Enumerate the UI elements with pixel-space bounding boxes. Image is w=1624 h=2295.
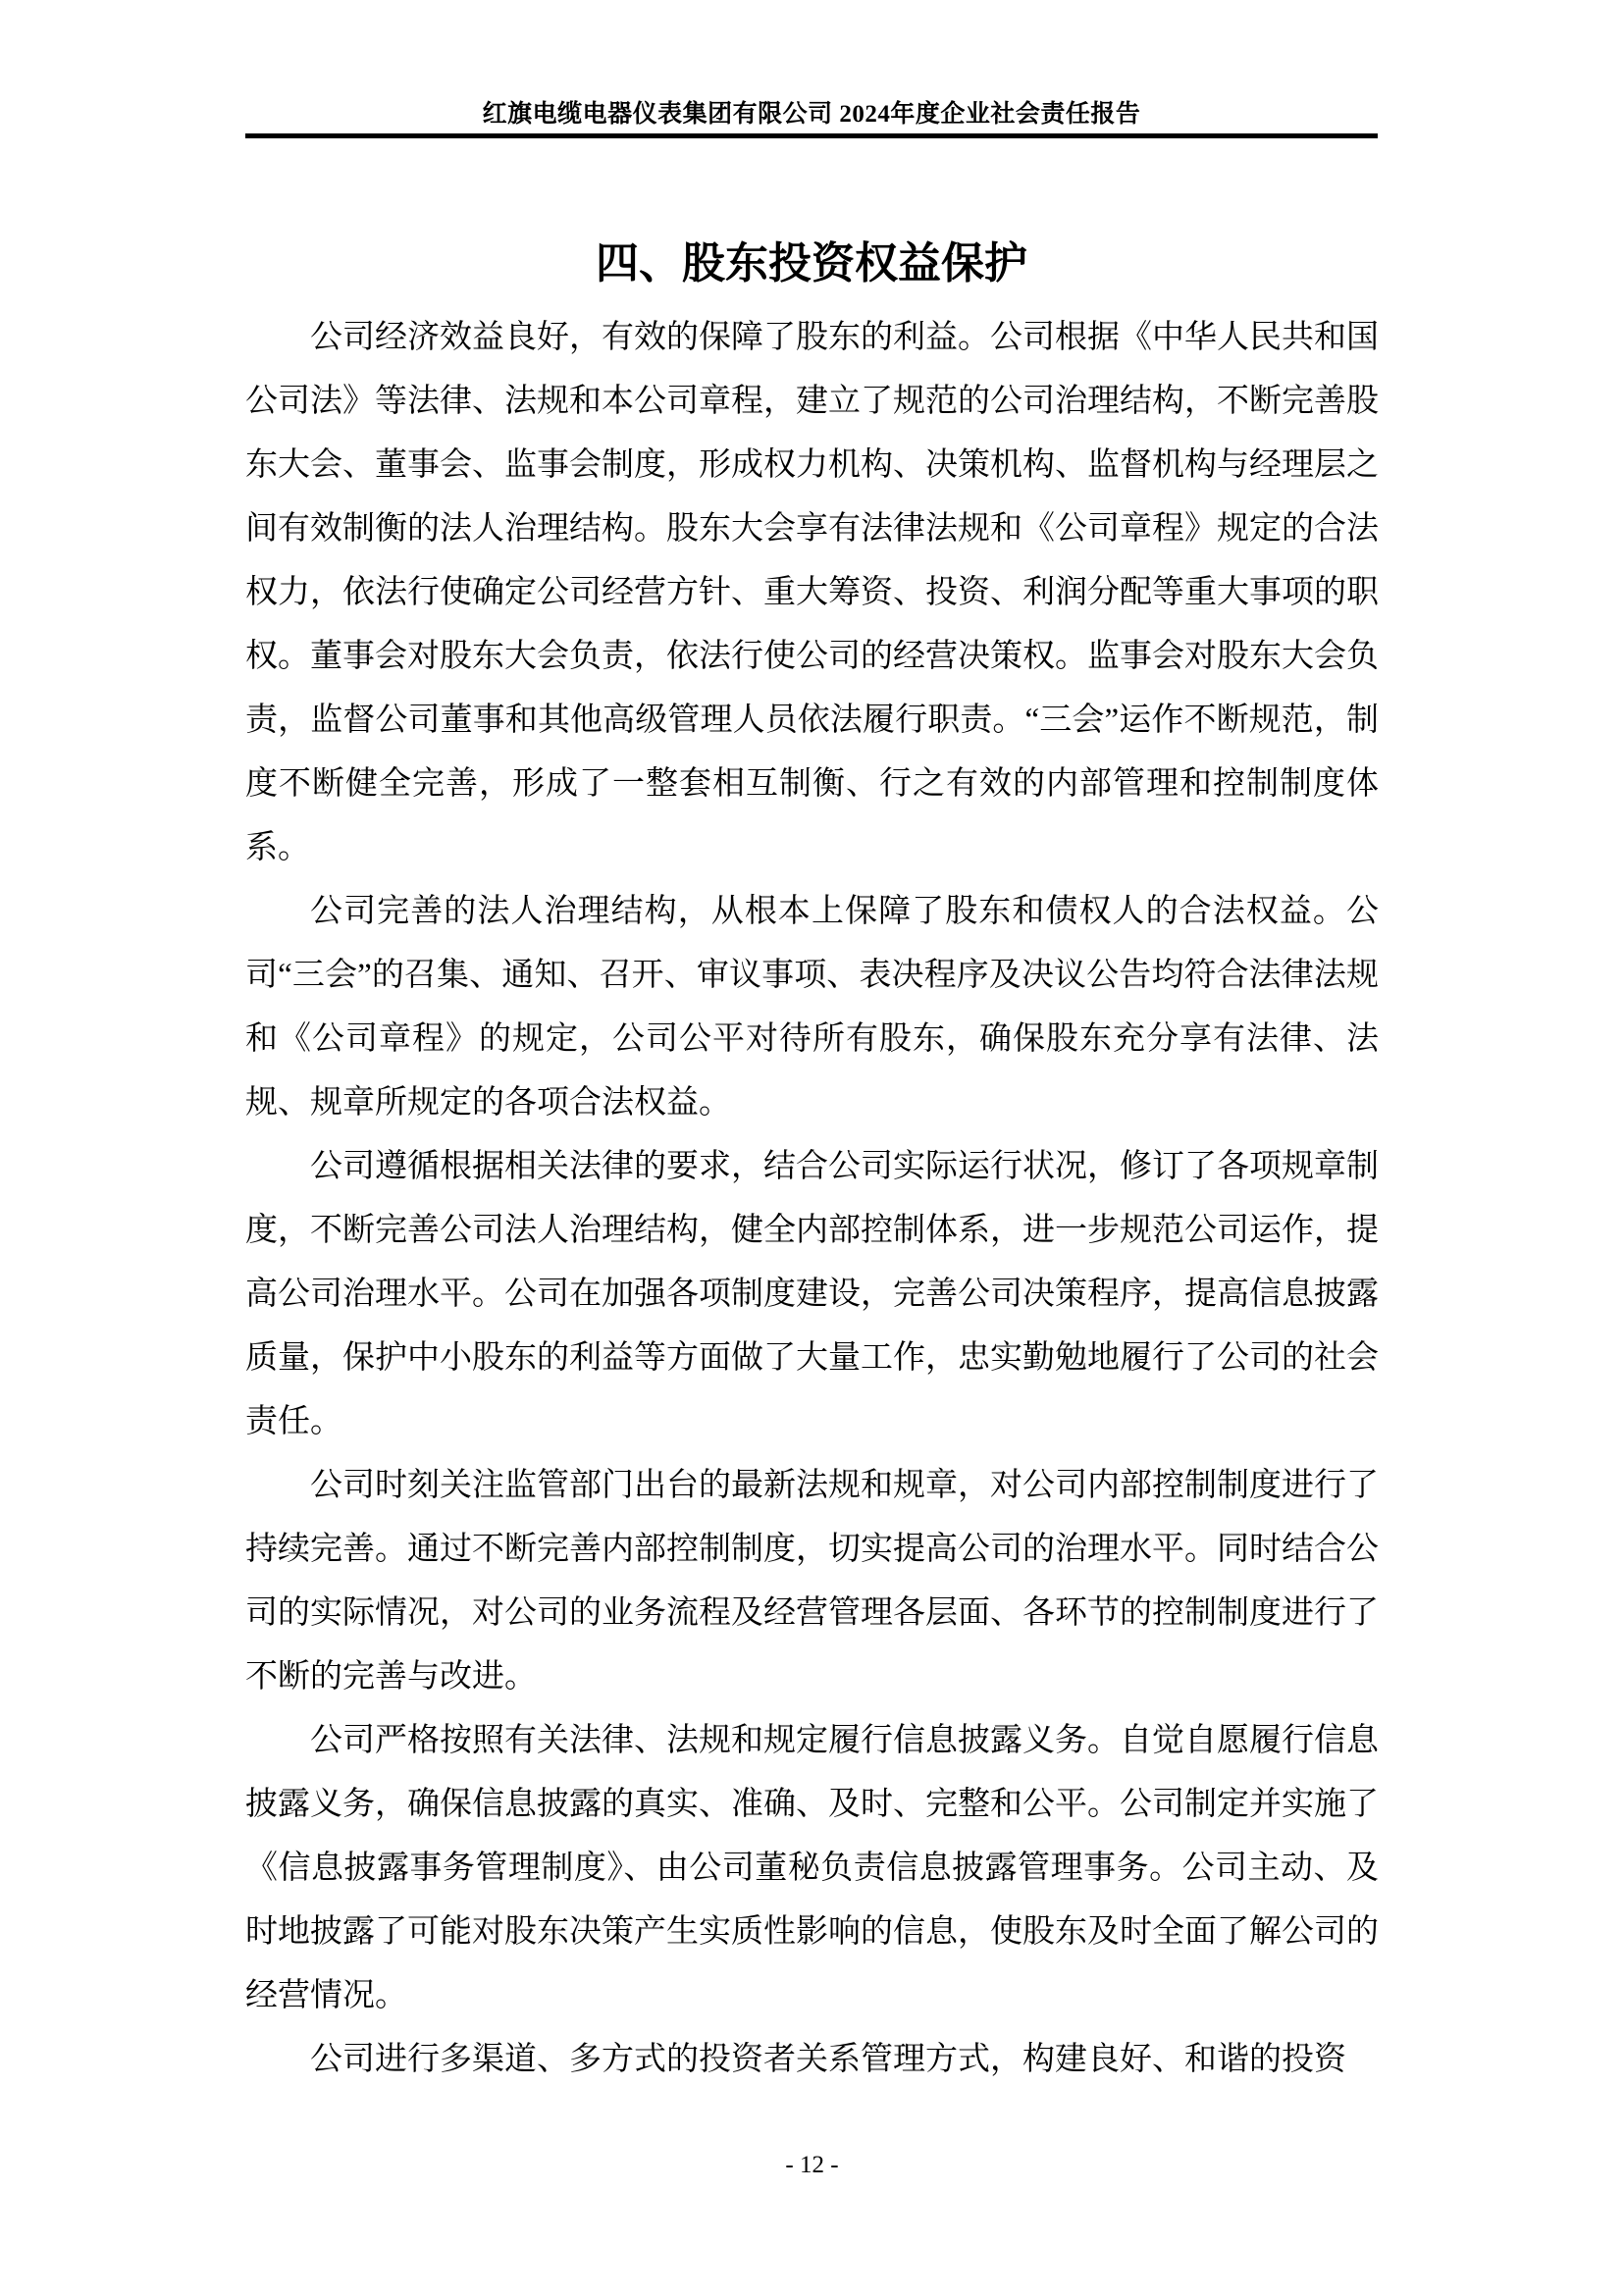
body-text: 公司经济效益良好，有效的保障了股东的利益。公司根据《中华人民共和国公司法》等法律… [245, 306, 1379, 2092]
paragraph: 公司严格按照有关法律、法规和规定履行信息披露义务。自觉自愿履行信息披露义务，确保… [245, 1709, 1379, 2028]
paragraph: 公司进行多渠道、多方式的投资者关系管理方式，构建良好、和谐的投资 [245, 2028, 1379, 2092]
header-title: 红旗电缆电器仪表集团有限公司 2024年度企业社会责任报告 [245, 101, 1378, 129]
paragraph: 公司时刻关注监管部门出台的最新法规和规章，对公司内部控制制度进行了持续完善。通过… [245, 1454, 1379, 1709]
page-header: 红旗电缆电器仪表集团有限公司 2024年度企业社会责任报告 [245, 101, 1378, 138]
paragraph: 公司经济效益良好，有效的保障了股东的利益。公司根据《中华人民共和国公司法》等法律… [245, 306, 1379, 880]
document-page: 红旗电缆电器仪表集团有限公司 2024年度企业社会责任报告 四、股东投资权益保护… [0, 0, 1624, 2295]
paragraph: 公司完善的法人治理结构，从根本上保障了股东和债权人的合法权益。公司“三会”的召集… [245, 880, 1379, 1135]
section-title: 四、股东投资权益保护 [245, 236, 1378, 291]
page-number: - 12 - [0, 2151, 1624, 2180]
paragraph: 公司遵循根据相关法律的要求，结合公司实际运行状况，修订了各项规章制度，不断完善公… [245, 1135, 1379, 1454]
